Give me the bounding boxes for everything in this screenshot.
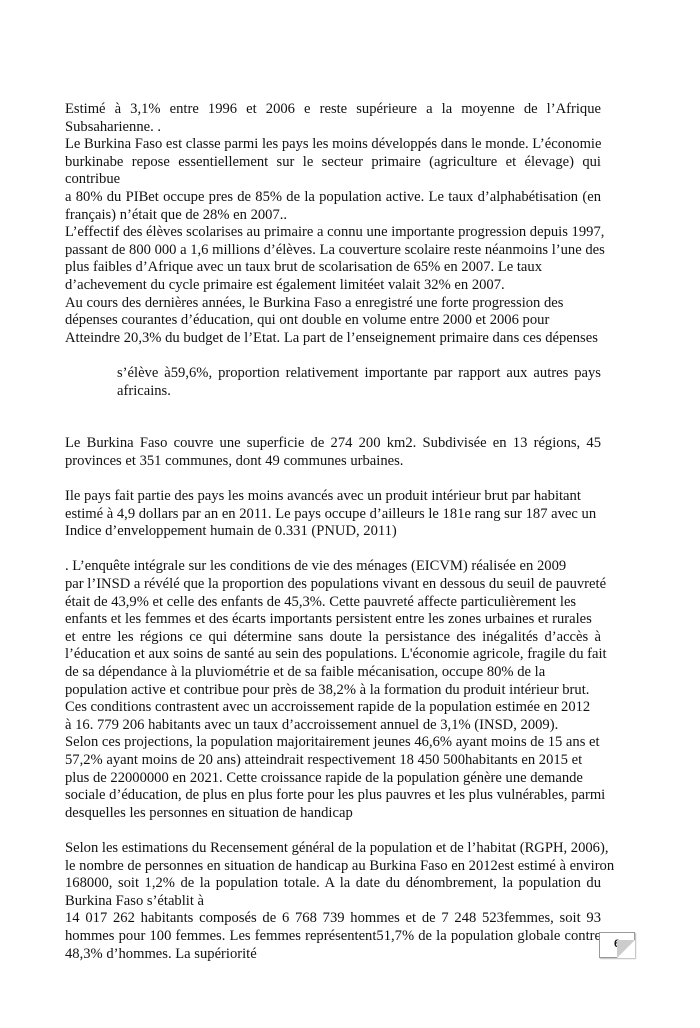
text-line: burkinabe repose essentiellement sur le … bbox=[65, 154, 601, 189]
text-line: 14 017 262 habitants composés de 6 768 7… bbox=[65, 910, 601, 928]
text-line: 48,3% d’hommes. La supériorité bbox=[65, 946, 601, 964]
text-line: 57,2% ayant moins de 20 ans) atteindrait… bbox=[65, 752, 601, 770]
text-line: l’éducation et aux soins de santé au sei… bbox=[65, 646, 601, 664]
text-line: Subsaharienne. . bbox=[65, 119, 601, 137]
text-line: africains. bbox=[117, 383, 601, 401]
text-line: et entre les régions ce qui détermine sa… bbox=[65, 629, 601, 647]
paragraph-disability-census: Selon les estimations du Recensement gén… bbox=[65, 840, 601, 963]
text-line: Estimé à 3,1% entre 1996 et 2006 e reste… bbox=[65, 101, 601, 119]
text-line: plus faibles d’Afrique avec un taux brut… bbox=[65, 259, 601, 277]
text-line: par l’INSD a révélé que la proportion de… bbox=[65, 576, 601, 594]
text-line: d’achevement du cycle primaire est égale… bbox=[65, 277, 601, 295]
text-line: Le Burkina Faso couvre une superficie de… bbox=[65, 435, 601, 453]
text-line: plus de 22000000 en 2021. Cette croissan… bbox=[65, 770, 601, 788]
text-line: 168000, soit 1,2% de la population total… bbox=[65, 875, 601, 893]
text-line: le nombre de personnes en situation de h… bbox=[65, 858, 601, 876]
text-line: Selon les estimations du Recensement gén… bbox=[65, 840, 601, 858]
text-line: à 16. 779 206 habitants avec un taux d’a… bbox=[65, 717, 601, 735]
text-line: passant de 800 000 a 1,6 millions d’élèv… bbox=[65, 242, 601, 260]
text-line: de sa dépendance à la pluviométrie et de… bbox=[65, 664, 601, 682]
text-line: enfants et les femmes et des écarts impo… bbox=[65, 611, 601, 629]
paragraph-primary-spending: s’élève à59,6%, proportion relativement … bbox=[117, 365, 601, 400]
paragraph-poverty-survey: . L’enquête intégrale sur les conditions… bbox=[65, 558, 601, 822]
text-line: L’effectif des élèves scolarises au prim… bbox=[65, 224, 601, 242]
document-body: Estimé à 3,1% entre 1996 et 2006 e reste… bbox=[65, 101, 601, 963]
text-line: population active et contribue pour près… bbox=[65, 682, 601, 700]
paragraph-education-economy: Estimé à 3,1% entre 1996 et 2006 e reste… bbox=[65, 101, 601, 347]
text-line: Indice d’enveloppement humain de 0.331 (… bbox=[65, 523, 601, 541]
text-line: français) n’était que de 28% en 2007.. bbox=[65, 207, 601, 225]
text-line: Ile pays fait partie des pays les moins … bbox=[65, 488, 601, 506]
text-line: . L’enquête intégrale sur les conditions… bbox=[65, 558, 601, 576]
text-line: Selon ces projections, la population maj… bbox=[65, 734, 601, 752]
text-line: dépenses courantes d’éducation, qui ont … bbox=[65, 312, 601, 330]
paragraph-geography: Le Burkina Faso couvre une superficie de… bbox=[65, 435, 601, 470]
paragraph-gdp: Ile pays fait partie des pays les moins … bbox=[65, 488, 601, 541]
text-line: Le Burkina Faso est classe parmi les pay… bbox=[65, 136, 601, 154]
text-line: desquelles les personnes en situation de… bbox=[65, 805, 601, 823]
text-line: s’élève à59,6%, proportion relativement … bbox=[117, 365, 601, 383]
text-line: sociale d’éducation, de plus en plus for… bbox=[65, 787, 601, 805]
text-line: provinces et 351 communes, dont 49 commu… bbox=[65, 453, 601, 471]
text-line: Burkina Faso s’établit à bbox=[65, 893, 601, 911]
text-line: Au cours des dernières années, le Burkin… bbox=[65, 295, 601, 313]
text-line: Ces conditions contrastent avec un accro… bbox=[65, 699, 601, 717]
page-number: 6 bbox=[614, 938, 620, 950]
text-line: a 80% du PIBet occupe pres de 85% de la … bbox=[65, 189, 601, 207]
text-line: était de 43,9% et celle des enfants de 4… bbox=[65, 594, 601, 612]
text-line: estimé à 4,9 dollars par an en 2011. Le … bbox=[65, 506, 601, 524]
text-line: hommes pour 100 femmes. Les femmes repré… bbox=[65, 928, 601, 946]
text-line: Atteindre 20,3% du budget de l’Etat. La … bbox=[65, 330, 601, 348]
page-number-badge: 6 bbox=[599, 932, 635, 958]
